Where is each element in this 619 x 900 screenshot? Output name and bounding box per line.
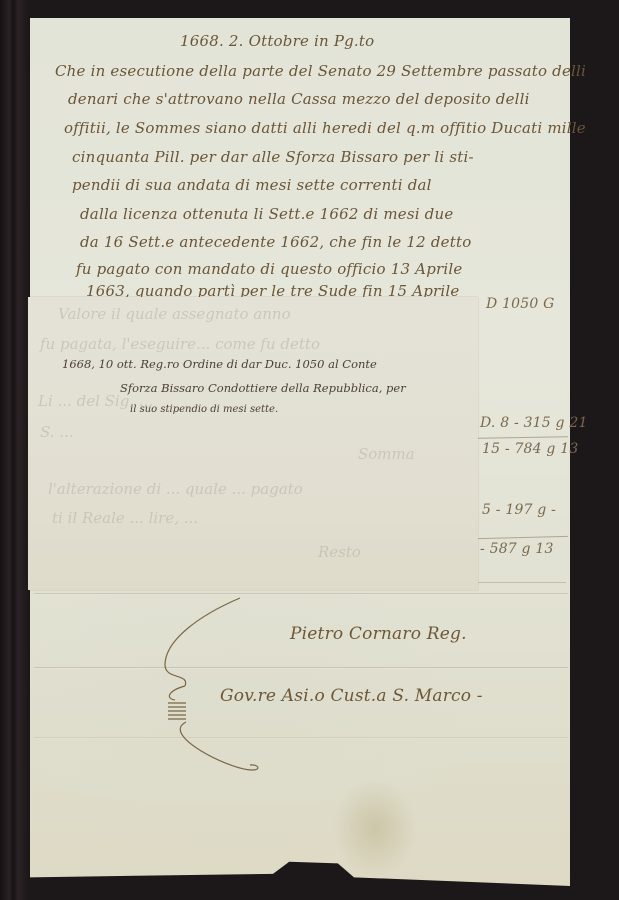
signature-registrar: Pietro Cornaro Reg.: [290, 624, 467, 644]
signature-governor: Gov.re Asi.o Cust.a S. Marco -: [220, 686, 483, 706]
signature-flourish-icon: [0, 0, 619, 900]
